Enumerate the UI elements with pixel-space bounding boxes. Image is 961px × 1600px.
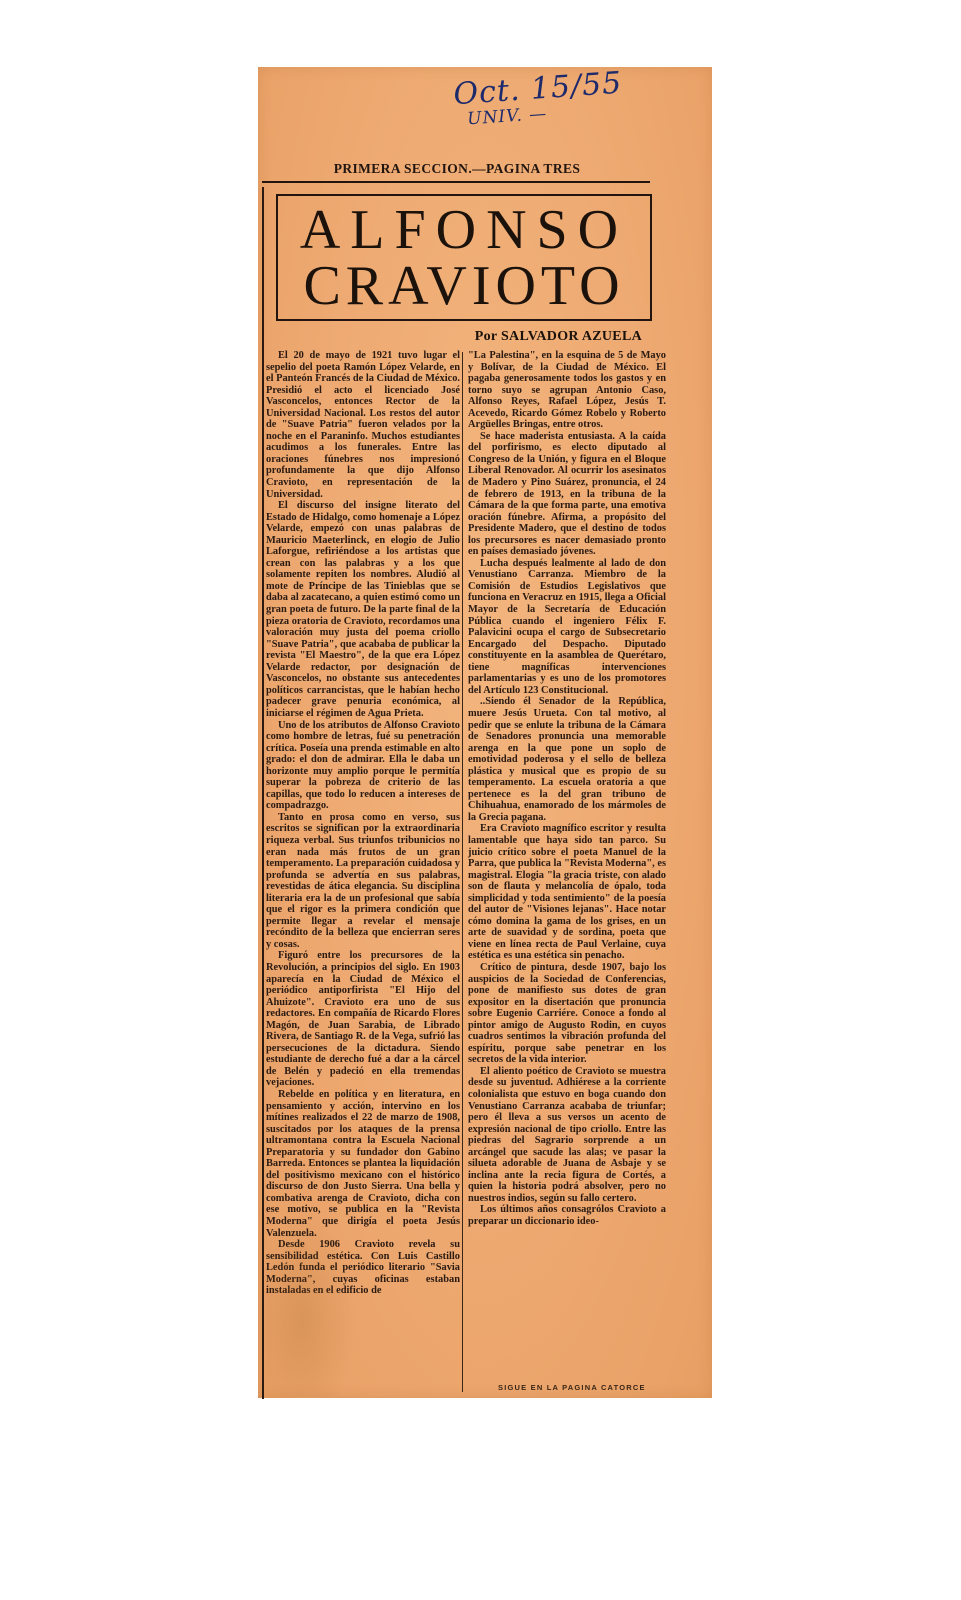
handwritten-annotation: Oct. 15/55 UNIV. —: [452, 67, 635, 129]
headline-line-2: CRAVIOTO: [278, 258, 650, 314]
article-paragraph: Crítico de pintura, desde 1907, bajo los…: [468, 962, 666, 1066]
headline-box: ALFONSO CRAVIOTO: [276, 194, 652, 321]
article-paragraph: El discurso del insigne literato del Est…: [266, 500, 460, 719]
left-column-rule: [262, 187, 264, 1399]
newspaper-clipping: Oct. 15/55 UNIV. — PRIMERA SECCION.—PAGI…: [258, 67, 712, 1398]
article-paragraph: Tanto en prosa como en verso, sus escrit…: [266, 812, 460, 951]
article-column-right: "La Palestina", en la esquina de 5 de Ma…: [468, 350, 666, 1228]
byline: Por SALVADOR AZUELA: [475, 329, 642, 345]
section-header: PRIMERA SECCION.—PAGINA TRES: [264, 161, 650, 177]
article-paragraph: Era Cravioto magnífico escritor y result…: [468, 823, 666, 962]
article-column-left: El 20 de mayo de 1921 tuvo lugar el sepe…: [266, 350, 460, 1297]
article-paragraph: Rebelde en política y en literatura, en …: [266, 1089, 460, 1239]
continued-note: SIGUE EN LA PAGINA CATORCE: [498, 1383, 646, 1392]
article-paragraph: El 20 de mayo de 1921 tuvo lugar el sepe…: [266, 350, 460, 500]
headline-line-1: ALFONSO: [278, 202, 650, 258]
article-paragraph: "La Palestina", en la esquina de 5 de Ma…: [468, 350, 666, 431]
article-paragraph: Uno de los atributos de Alfonso Cravioto…: [266, 720, 460, 812]
article-paragraph: Se hace maderista entusiasta. A la caída…: [468, 431, 666, 558]
header-rule: [262, 181, 650, 183]
article-paragraph: Lucha después lealmente al lado de don V…: [468, 558, 666, 697]
article-paragraph: El aliento poético de Cravioto se muestr…: [468, 1066, 666, 1205]
article-paragraph: ..Siendo él Senador de la República, mue…: [468, 696, 666, 823]
article-paragraph: Los últimos años consagrólos Cravioto a …: [468, 1204, 666, 1227]
article-paragraph: Desde 1906 Cravioto revela su sensibilid…: [266, 1239, 460, 1297]
article-paragraph: Figuró entre los precursores de la Revol…: [266, 950, 460, 1089]
column-divider: [462, 352, 463, 1392]
